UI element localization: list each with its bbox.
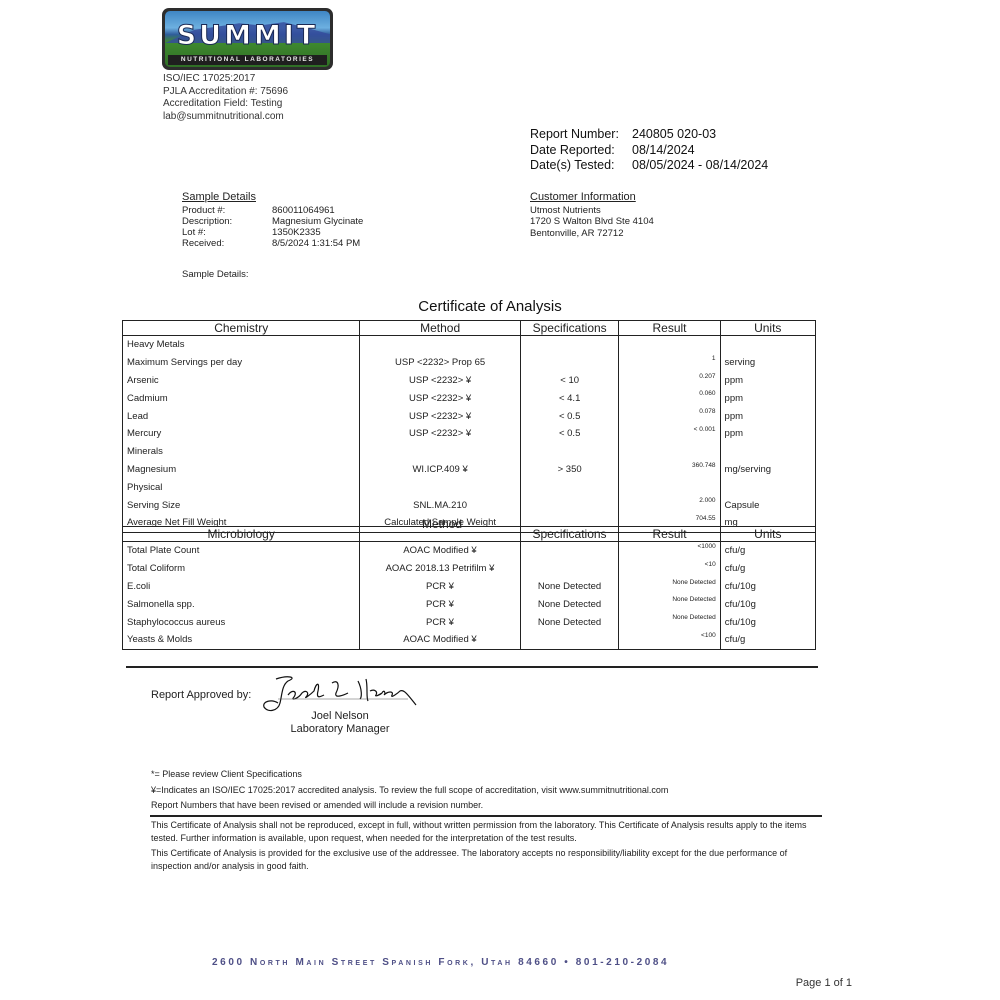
- col-result: Result: [619, 527, 720, 542]
- col-method: Method: [360, 321, 520, 336]
- dates-tested-label: Date(s) Tested:: [530, 158, 632, 174]
- spec-cell: [520, 560, 619, 578]
- analyte-cell: Magnesium: [123, 461, 360, 479]
- analyte-cell: Salmonella spp.: [123, 595, 360, 613]
- spec-cell: [520, 443, 619, 461]
- table-row: Serving SizeSNL.MA.2102.000Capsule: [123, 496, 816, 514]
- table-row: Staphylococcus aureusPCR ¥None DetectedN…: [123, 613, 816, 631]
- logo-subtitle: NUTRITIONAL LABORATORIES: [168, 55, 327, 65]
- col-specifications: Specifications: [520, 321, 619, 336]
- spec-cell: [520, 631, 619, 649]
- spec-cell: [520, 496, 619, 514]
- result-cell: 2.000: [619, 496, 720, 514]
- note-revisions: Report Numbers that have been revised or…: [151, 798, 668, 814]
- table-row: Total Plate CountAOAC Modified ¥<1000cfu…: [123, 542, 816, 560]
- analyte-cell: Physical: [123, 478, 360, 496]
- spec-cell: [520, 478, 619, 496]
- result-cell: [619, 336, 720, 354]
- lot-number: 1350K2335: [272, 227, 321, 238]
- footer-address: 2600 North Main Street Spanish Fork, Uta…: [212, 957, 669, 968]
- description-label: Description:: [182, 216, 272, 227]
- accreditation-field: Accreditation Field: Testing: [163, 98, 288, 111]
- method-cell: PCR ¥: [360, 578, 520, 596]
- method-cell: USP <2232> ¥: [360, 425, 520, 443]
- table-row: LeadUSP <2232> ¥< 0.50.078ppm: [123, 407, 816, 425]
- col-result: Result: [619, 321, 720, 336]
- analyte-cell: Maximum Servings per day: [123, 354, 360, 372]
- analyte-cell: Heavy Metals: [123, 336, 360, 354]
- received-label: Received:: [182, 238, 272, 249]
- method-cell: [360, 336, 520, 354]
- result-cell: 0.207: [619, 372, 720, 390]
- page-number: Page 1 of 1: [796, 977, 852, 989]
- sample-details-label: Sample Details:: [182, 269, 249, 280]
- chemistry-table: Chemistry Method Specifications Result U…: [122, 320, 816, 533]
- result-cell: 0.060: [619, 389, 720, 407]
- summit-logo: SUMMIT NUTRITIONAL LABORATORIES: [162, 8, 333, 70]
- table-row: Maximum Servings per dayUSP <2232> Prop …: [123, 354, 816, 372]
- col-specifications: Specifications: [520, 527, 619, 542]
- units-cell: ppm: [720, 389, 815, 407]
- disclaimer-liability: This Certificate of Analysis is provided…: [151, 847, 821, 873]
- table-row: Heavy Metals: [123, 336, 816, 354]
- note-client-specs: *= Please review Client Specifications: [151, 767, 668, 783]
- result-cell: None Detected: [619, 578, 720, 596]
- units-cell: ppm: [720, 407, 815, 425]
- certificate-title: Certificate of Analysis: [0, 298, 980, 315]
- spec-cell: < 0.5: [520, 425, 619, 443]
- analyte-cell: Minerals: [123, 443, 360, 461]
- lab-email: lab@summitnutritional.com: [163, 111, 288, 124]
- signer: Joel Nelson Laboratory Manager: [290, 710, 390, 736]
- analyte-cell: Arsenic: [123, 372, 360, 390]
- spec-cell: < 10: [520, 372, 619, 390]
- analyte-cell: Staphylococcus aureus: [123, 613, 360, 631]
- spec-cell: None Detected: [520, 595, 619, 613]
- units-cell: cfu/g: [720, 542, 815, 560]
- analyte-cell: E.coli: [123, 578, 360, 596]
- result-cell: 1: [619, 354, 720, 372]
- spec-cell: > 350: [520, 461, 619, 479]
- col-microbiology: Microbiology: [123, 527, 360, 542]
- spec-cell: < 0.5: [520, 407, 619, 425]
- table-row: Yeasts & MoldsAOAC Modified ¥<100cfu/g: [123, 631, 816, 649]
- method-cell: SNL.MA.210: [360, 496, 520, 514]
- signer-role: Laboratory Manager: [290, 723, 390, 736]
- result-cell: 0.078: [619, 407, 720, 425]
- col-method-empty: [360, 527, 520, 542]
- report-number: 240805 020-03: [632, 127, 716, 143]
- result-cell: <10: [619, 560, 720, 578]
- analyte-cell: Total Plate Count: [123, 542, 360, 560]
- table-row: ArsenicUSP <2232> ¥< 100.207ppm: [123, 372, 816, 390]
- customer-name: Utmost Nutrients: [530, 205, 654, 217]
- units-cell: Capsule: [720, 496, 815, 514]
- units-cell: mg/serving: [720, 461, 815, 479]
- method-cell: AOAC Modified ¥: [360, 631, 520, 649]
- table-row: Physical: [123, 478, 816, 496]
- table-row: MagnesiumWI.ICP.409 ¥> 350360.748mg/serv…: [123, 461, 816, 479]
- lab-info: ISO/IEC 17025:2017 PJLA Accreditation #:…: [163, 73, 288, 123]
- analyte-cell: Serving Size: [123, 496, 360, 514]
- method-cell: [360, 478, 520, 496]
- result-cell: 360.748: [619, 461, 720, 479]
- analyte-cell: Total Coliform: [123, 560, 360, 578]
- units-cell: cfu/g: [720, 560, 815, 578]
- method-cell: AOAC 2018.13 Petrifilm ¥: [360, 560, 520, 578]
- spec-cell: [520, 336, 619, 354]
- microbiology-table: Microbiology Specifications Result Units…: [122, 526, 816, 650]
- signature-image: [258, 673, 423, 715]
- col-chemistry: Chemistry: [123, 321, 360, 336]
- product-label: Product #:: [182, 205, 272, 216]
- units-cell: ppm: [720, 425, 815, 443]
- method-cell: USP <2232> Prop 65: [360, 354, 520, 372]
- table-row: CadmiumUSP <2232> ¥< 4.10.060ppm: [123, 389, 816, 407]
- method-cell: PCR ¥: [360, 613, 520, 631]
- spec-cell: None Detected: [520, 578, 619, 596]
- disclaimer-reproduction: This Certificate of Analysis shall not b…: [151, 819, 821, 845]
- result-cell: < 0.001: [619, 425, 720, 443]
- sample-details-heading: Sample Details: [182, 192, 363, 203]
- units-cell: [720, 478, 815, 496]
- units-cell: cfu/g: [720, 631, 815, 649]
- pjla-line: PJLA Accreditation #: 75696: [163, 86, 288, 99]
- divider: [150, 815, 822, 817]
- note-accreditation: ¥=Indicates an ISO/IEC 17025:2017 accred…: [151, 783, 668, 799]
- method-cell: USP <2232> ¥: [360, 389, 520, 407]
- spec-cell: [520, 354, 619, 372]
- analyte-cell: Lead: [123, 407, 360, 425]
- description: Magnesium Glycinate: [272, 216, 363, 227]
- result-cell: <1000: [619, 542, 720, 560]
- method-cell: USP <2232> ¥: [360, 372, 520, 390]
- iso-line: ISO/IEC 17025:2017: [163, 73, 288, 86]
- logo-wordmark: SUMMIT: [165, 20, 330, 51]
- table-row: E.coliPCR ¥None DetectedNone Detectedcfu…: [123, 578, 816, 596]
- method-cell: PCR ¥: [360, 595, 520, 613]
- sample-details: Sample Details Product #:860011064961 De…: [182, 192, 363, 249]
- units-cell: [720, 443, 815, 461]
- analyte-cell: Yeasts & Molds: [123, 631, 360, 649]
- table-row: MercuryUSP <2232> ¥< 0.5< 0.001ppm: [123, 425, 816, 443]
- disclaimer: This Certificate of Analysis shall not b…: [151, 819, 821, 873]
- method-cell: USP <2232> ¥: [360, 407, 520, 425]
- analyte-cell: Cadmium: [123, 389, 360, 407]
- units-cell: [720, 336, 815, 354]
- table-row: Total ColiformAOAC 2018.13 Petrifilm ¥<1…: [123, 560, 816, 578]
- received: 8/5/2024 1:31:54 PM: [272, 238, 360, 249]
- units-cell: ppm: [720, 372, 815, 390]
- table-row: Minerals: [123, 443, 816, 461]
- result-cell: [619, 443, 720, 461]
- lot-label: Lot #:: [182, 227, 272, 238]
- method-cell: AOAC Modified ¥: [360, 542, 520, 560]
- customer-city: Bentonville, AR 72712: [530, 228, 654, 240]
- method-cell: [360, 443, 520, 461]
- customer-info: Customer Information Utmost Nutrients 17…: [530, 192, 654, 239]
- col-units: Units: [720, 527, 815, 542]
- spec-cell: None Detected: [520, 613, 619, 631]
- customer-heading: Customer Information: [530, 192, 654, 204]
- signer-name: Joel Nelson: [290, 710, 390, 723]
- units-cell: cfu/10g: [720, 578, 815, 596]
- units-cell: cfu/10g: [720, 613, 815, 631]
- method-cell: WI.ICP.409 ¥: [360, 461, 520, 479]
- notes: *= Please review Client Specifications ¥…: [151, 767, 668, 814]
- result-cell: None Detected: [619, 613, 720, 631]
- product-number: 860011064961: [272, 205, 335, 216]
- date-reported-label: Date Reported:: [530, 143, 632, 159]
- dates-tested: 08/05/2024 - 08/14/2024: [632, 158, 768, 174]
- units-cell: serving: [720, 354, 815, 372]
- report-number-label: Report Number:: [530, 127, 632, 143]
- spec-cell: < 4.1: [520, 389, 619, 407]
- col-units: Units: [720, 321, 815, 336]
- date-reported: 08/14/2024: [632, 143, 695, 159]
- approved-by-label: Report Approved by:: [151, 689, 251, 701]
- result-cell: None Detected: [619, 595, 720, 613]
- table-row: Salmonella spp.PCR ¥None DetectedNone De…: [123, 595, 816, 613]
- spec-cell: [520, 542, 619, 560]
- units-cell: cfu/10g: [720, 595, 815, 613]
- result-cell: <100: [619, 631, 720, 649]
- divider: [126, 666, 818, 668]
- result-cell: [619, 478, 720, 496]
- customer-street: 1720 S Walton Blvd Ste 4104: [530, 216, 654, 228]
- analyte-cell: Mercury: [123, 425, 360, 443]
- report-meta: Report Number:240805 020-03 Date Reporte…: [530, 127, 768, 174]
